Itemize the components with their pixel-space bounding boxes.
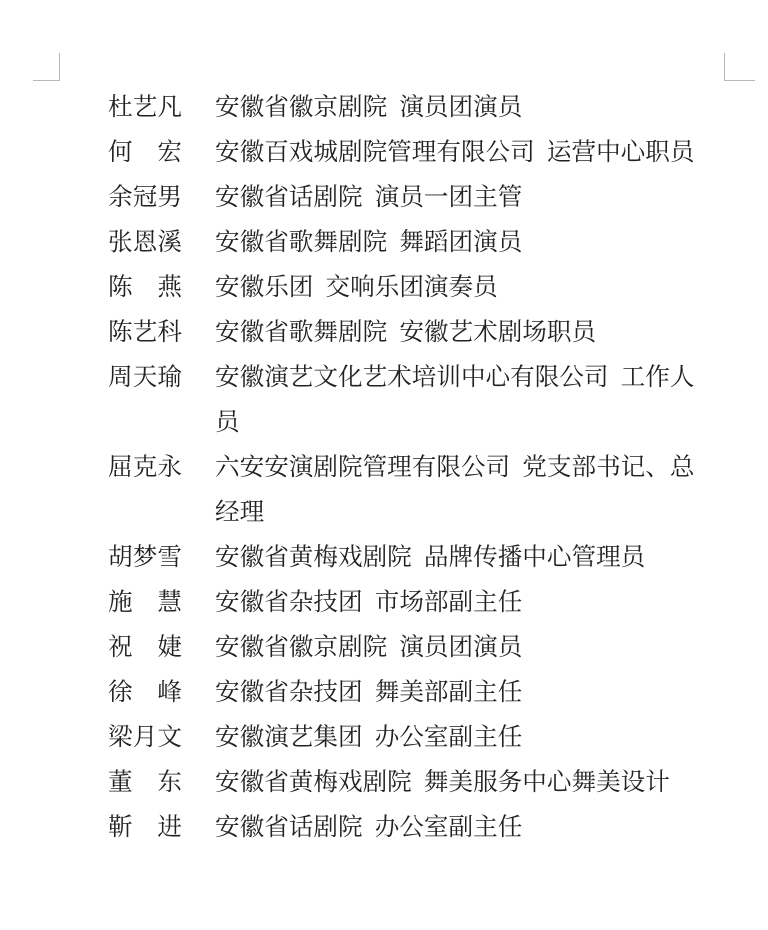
person-title: 市场部副主任	[375, 589, 523, 616]
list-item: 梁月文 安徽演艺集团 办公室副主任	[108, 715, 708, 760]
person-entry: 安徽省歌舞剧院 舞蹈团演员	[215, 220, 703, 265]
person-organization: 安徽省话剧院	[215, 814, 363, 841]
person-name: 陈燕	[108, 265, 182, 310]
person-organization: 安徽省徽京剧院	[215, 94, 387, 121]
person-title: 舞蹈团演员	[399, 229, 522, 256]
list-item: 胡梦雪 安徽省黄梅戏剧院 品牌传播中心管理员	[108, 535, 708, 580]
person-organization: 安徽省话剧院	[215, 184, 363, 211]
person-name: 屈克永	[108, 445, 182, 490]
person-name: 周天瑜	[108, 355, 182, 400]
person-entry: 安徽省话剧院 办公室副主任	[215, 805, 703, 850]
list-item: 屈克永 六安安演剧院管理有限公司 党支部书记、总经理	[108, 445, 708, 535]
person-organization: 安徽省徽京剧院	[215, 634, 387, 661]
person-entry: 安徽乐团 交响乐团演奏员	[215, 265, 703, 310]
person-organization: 安徽省杂技团	[215, 679, 363, 706]
person-entry: 安徽省黄梅戏剧院 舞美服务中心舞美设计	[215, 760, 703, 805]
list-item: 祝婕 安徽省徽京剧院 演员团演员	[108, 625, 708, 670]
person-organization: 安徽乐团	[215, 274, 313, 301]
person-name: 余冠男	[108, 175, 182, 220]
list-item: 余冠男 安徽省话剧院 演员一团主管	[108, 175, 708, 220]
document-page: { "page": { "background_color": "#ffffff…	[0, 0, 768, 930]
person-organization: 安徽演艺文化艺术培训中心有限公司	[215, 364, 609, 391]
person-title: 演员团演员	[399, 94, 522, 121]
person-title: 运营中心职员	[547, 139, 695, 166]
person-organization: 安徽省黄梅戏剧院	[215, 544, 412, 571]
person-entry: 安徽省话剧院 演员一团主管	[215, 175, 703, 220]
person-title: 办公室副主任	[375, 814, 523, 841]
person-name: 施慧	[108, 580, 182, 625]
person-title: 舞美服务中心舞美设计	[424, 769, 670, 796]
margin-crop-mark-top-left	[33, 53, 60, 81]
list-item: 杜艺凡 安徽省徽京剧院 演员团演员	[108, 85, 708, 130]
list-item: 陈燕 安徽乐团 交响乐团演奏员	[108, 265, 708, 310]
list-item: 周天瑜 安徽演艺文化艺术培训中心有限公司 工作人员	[108, 355, 708, 445]
person-entry: 安徽省歌舞剧院 安徽艺术剧场职员	[215, 310, 703, 355]
person-entry: 安徽省杂技团 舞美部副主任	[215, 670, 703, 715]
person-title: 安徽艺术剧场职员	[399, 319, 596, 346]
person-entry: 安徽省徽京剧院 演员团演员	[215, 625, 703, 670]
person-name: 张恩溪	[108, 220, 182, 265]
person-name: 何宏	[108, 130, 182, 175]
person-organization: 安徽省歌舞剧院	[215, 229, 387, 256]
person-entry: 安徽演艺集团 办公室副主任	[215, 715, 703, 760]
person-title: 交响乐团演奏员	[326, 274, 498, 301]
person-title: 品牌传播中心管理员	[424, 544, 645, 571]
person-name: 徐峰	[108, 670, 182, 715]
margin-crop-mark-top-right	[724, 53, 755, 81]
person-entry: 安徽演艺文化艺术培训中心有限公司 工作人员	[215, 355, 703, 445]
person-title: 演员一团主管	[375, 184, 523, 211]
person-title: 办公室副主任	[375, 724, 523, 751]
person-title: 舞美部副主任	[375, 679, 523, 706]
person-organization: 安徽省歌舞剧院	[215, 319, 387, 346]
person-entry: 安徽省黄梅戏剧院 品牌传播中心管理员	[215, 535, 703, 580]
person-name: 董东	[108, 760, 182, 805]
list-item: 徐峰 安徽省杂技团 舞美部副主任	[108, 670, 708, 715]
person-organization: 安徽演艺集团	[215, 724, 363, 751]
person-title: 演员团演员	[399, 634, 522, 661]
person-entry: 安徽省杂技团 市场部副主任	[215, 580, 703, 625]
person-name: 祝婕	[108, 625, 182, 670]
person-entry: 安徽百戏城剧院管理有限公司 运营中心职员	[215, 130, 703, 175]
list-item: 靳进 安徽省话剧院 办公室副主任	[108, 805, 708, 850]
list-item: 何宏 安徽百戏城剧院管理有限公司 运营中心职员	[108, 130, 708, 175]
list-item: 施慧 安徽省杂技团 市场部副主任	[108, 580, 708, 625]
list-item: 董东 安徽省黄梅戏剧院 舞美服务中心舞美设计	[108, 760, 708, 805]
person-name: 靳进	[108, 805, 182, 850]
person-entry: 安徽省徽京剧院 演员团演员	[215, 85, 703, 130]
person-entry: 六安安演剧院管理有限公司 党支部书记、总经理	[215, 445, 703, 535]
personnel-list: 杜艺凡 安徽省徽京剧院 演员团演员 何宏 安徽百戏城剧院管理有限公司 运营中心职…	[108, 85, 708, 850]
person-name: 胡梦雪	[108, 535, 182, 580]
person-name: 陈艺科	[108, 310, 182, 355]
person-organization: 安徽百戏城剧院管理有限公司	[215, 139, 535, 166]
list-item: 张恩溪 安徽省歌舞剧院 舞蹈团演员	[108, 220, 708, 265]
person-organization: 六安安演剧院管理有限公司	[215, 454, 510, 481]
person-organization: 安徽省黄梅戏剧院	[215, 769, 412, 796]
list-item: 陈艺科 安徽省歌舞剧院 安徽艺术剧场职员	[108, 310, 708, 355]
person-name: 杜艺凡	[108, 85, 182, 130]
person-organization: 安徽省杂技团	[215, 589, 363, 616]
person-name: 梁月文	[108, 715, 182, 760]
